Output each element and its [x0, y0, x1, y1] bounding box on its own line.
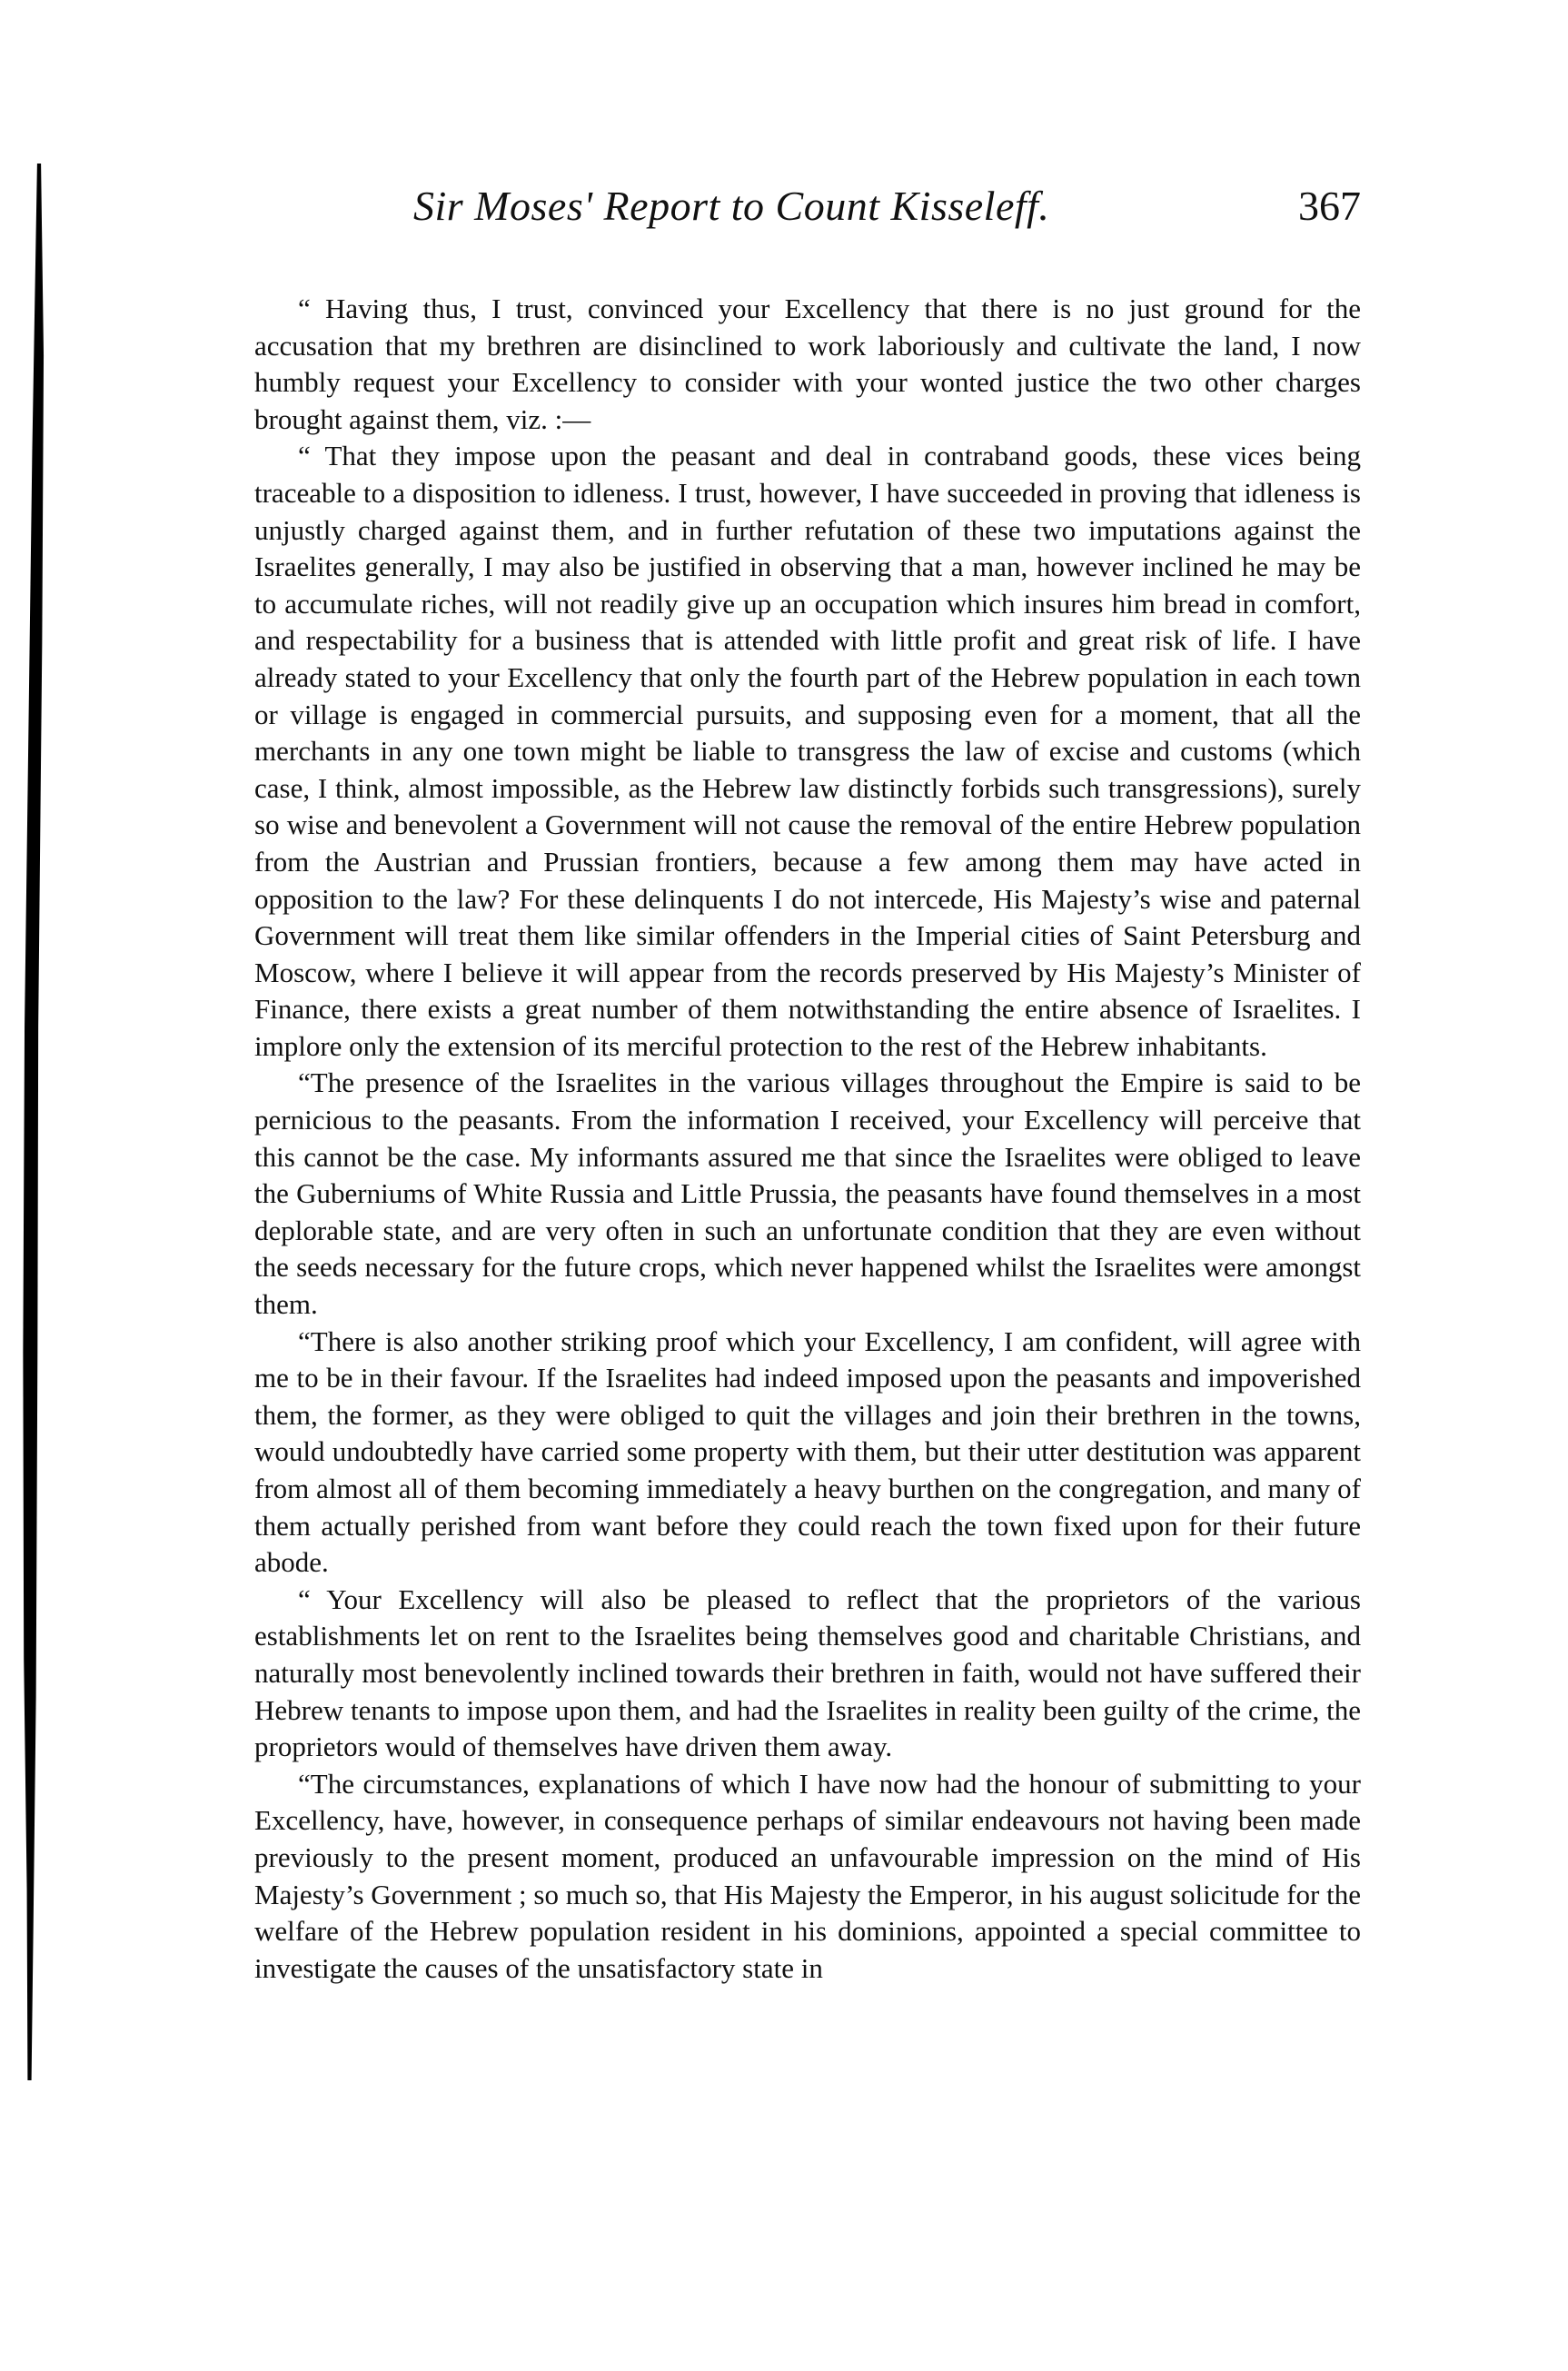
paragraph: “ Your Excellency will also be pleased t… — [254, 1582, 1361, 1766]
book-page: Sir Moses' Report to Count Kisseleff. 36… — [254, 182, 1361, 1987]
body-text: “ Having thus, I trust, convinced your E… — [254, 291, 1361, 1987]
paragraph: “The presence of the Israelites in the v… — [254, 1065, 1361, 1323]
scan-margin-shadow — [20, 164, 58, 2080]
running-title: Sir Moses' Report to Count Kisseleff. — [413, 182, 1049, 230]
paragraph: “ Having thus, I trust, convinced your E… — [254, 291, 1361, 438]
paragraph: “There is also another striking proof wh… — [254, 1324, 1361, 1582]
page-number: 367 — [1298, 182, 1361, 230]
paragraph: “The circumstances, explanations of whic… — [254, 1766, 1361, 1988]
running-head: Sir Moses' Report to Count Kisseleff. 36… — [254, 182, 1361, 254]
paragraph: “ That they impose upon the peasant and … — [254, 438, 1361, 1065]
